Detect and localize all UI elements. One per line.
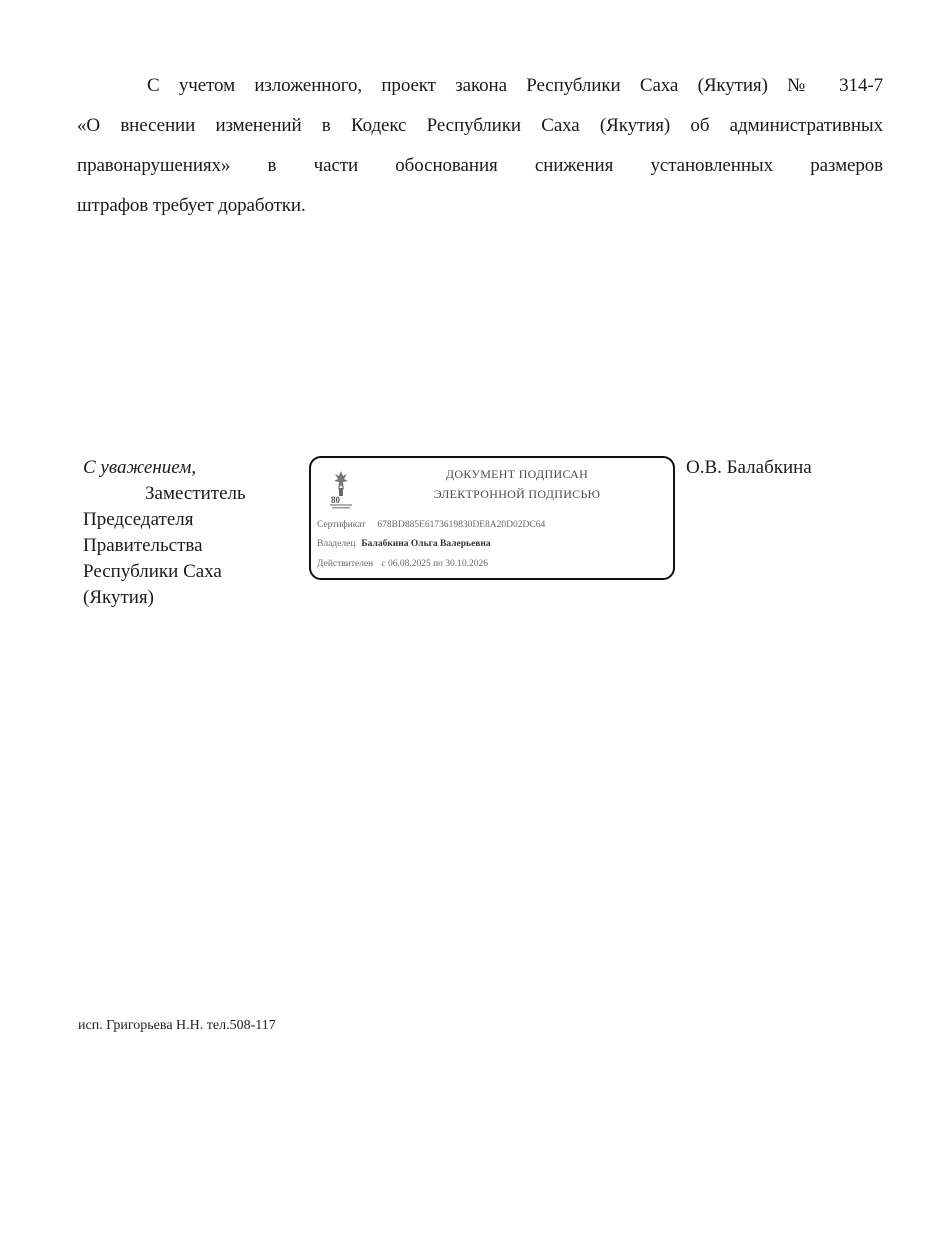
validity-label: Действителен — [317, 558, 371, 570]
owner-row: Владелец Балабкина Ольга Валерьевна — [317, 538, 491, 550]
stamp-heading-line: ЭЛЕКТРОННОЙ ПОДПИСЬЮ — [371, 484, 663, 504]
signer-title-line: Председателя — [83, 507, 283, 533]
electronic-signature-stamp: 80 ДОКУМЕНТ ПОДПИСАН ЭЛЕКТРОННОЙ ПОДПИСЬ… — [309, 456, 675, 580]
executor-contact: исп. Григорьева Н.Н. тел.508-117 — [78, 1017, 276, 1035]
stamp-heading: ДОКУМЕНТ ПОДПИСАН ЭЛЕКТРОННОЙ ПОДПИСЬЮ — [371, 464, 663, 504]
body-line: правонарушениях» в части обоснования сни… — [77, 146, 883, 186]
owner-value: Балабкина Ольга Валерьевна — [361, 539, 490, 549]
validity-value: с 06.08.2025 по 30.10.2026 — [381, 559, 488, 569]
signer-title-line: Заместитель — [83, 481, 283, 507]
svg-text:80: 80 — [331, 495, 341, 505]
signoff-block: С уважением, Заместитель Председателя Пр… — [83, 455, 283, 611]
certificate-label: Сертификат — [317, 519, 367, 531]
validity-row: Действителен с 06.08.2025 по 30.10.2026 — [317, 558, 488, 570]
owner-label: Владелец — [317, 538, 351, 550]
document-page: С учетом изложенного, проект закона Респ… — [0, 0, 950, 1253]
greeting: С уважением, — [83, 455, 283, 481]
signer-title-line: Правительства — [83, 533, 283, 559]
body-paragraph: С учетом изложенного, проект закона Респ… — [77, 66, 883, 226]
yakutia-emblem-icon: 80 — [329, 468, 353, 510]
signer-title-line: Республики Саха — [83, 559, 283, 585]
certificate-row: Сертификат 678BD885E6173619830DE8A20D02D… — [317, 519, 545, 531]
body-line: штрафов требует доработки. — [77, 186, 883, 226]
signer-title-line: (Якутия) — [83, 585, 283, 611]
certificate-value: 678BD885E6173619830DE8A20D02DC64 — [377, 520, 545, 530]
body-line: «О внесении изменений в Кодекс Республик… — [77, 106, 883, 146]
stamp-heading-line: ДОКУМЕНТ ПОДПИСАН — [371, 464, 663, 484]
body-line: С учетом изложенного, проект закона Респ… — [77, 66, 883, 106]
signer-name: О.В. Балабкина — [686, 455, 812, 481]
